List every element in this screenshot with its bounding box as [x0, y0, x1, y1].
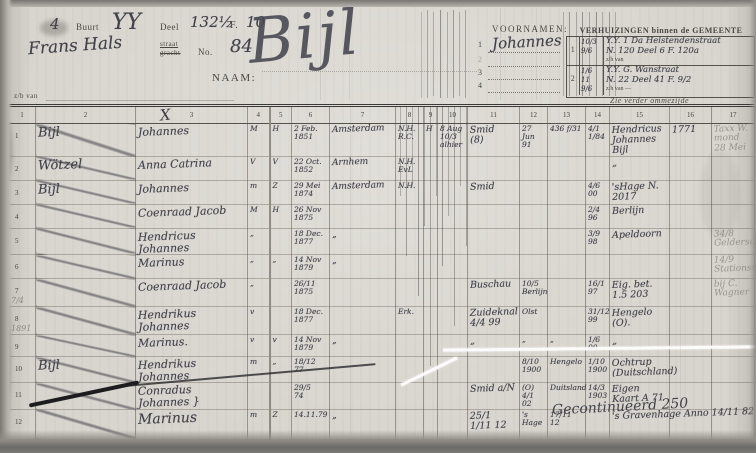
column-header: 2 [36, 106, 136, 124]
pen-scratch [320, 8, 321, 100]
cell: 8/10 1900 [520, 357, 548, 383]
voornamen-line1-value: Johannes [492, 31, 562, 53]
entry-refs: N. 22 Deel 41 F. 9/2 [606, 76, 752, 86]
cell: m [248, 180, 270, 204]
pen-scratch [563, 12, 564, 96]
scan-edge-right [749, 0, 756, 453]
cell: V [270, 156, 292, 180]
cell: Wötzel [36, 156, 136, 180]
table-row: 9Marinus.vv14 Nov 1879„„„„1/6 00„ [9, 335, 755, 357]
surname-large: Bijl [245, 0, 363, 78]
gracht-label: gracht [160, 49, 181, 57]
cell [438, 307, 468, 335]
cell: M [248, 124, 270, 157]
cell: V [248, 156, 270, 180]
cell: „ [610, 156, 670, 180]
cell: 1/10 1900 [586, 357, 610, 383]
cell [270, 228, 292, 254]
cell [468, 156, 520, 180]
cell: „ [330, 335, 396, 357]
pen-scratch [466, 106, 467, 246]
column-header: 6 [292, 106, 330, 124]
cell: Arnhem [330, 156, 396, 180]
cell: „ [520, 335, 548, 357]
cell: „ [270, 255, 292, 279]
cell [270, 307, 292, 335]
cell: Anna Catrina [136, 156, 248, 180]
cell: H [270, 124, 292, 157]
pen-scratch [615, 12, 616, 96]
pen-scratch [427, 10, 428, 98]
cell: Hengelo (O). [610, 307, 670, 335]
buurt-label: Buurt [76, 22, 99, 32]
register-table: 12345678910111213141516171BijlJohannesMH… [8, 104, 755, 440]
row-number-cell: 77/4 [9, 279, 36, 307]
row-number-cell: 81891 [9, 307, 36, 335]
pen-scratch [448, 106, 449, 216]
cell: 16/1 97 [586, 279, 610, 307]
cell: Smid a/N [468, 383, 520, 410]
cell: „ [270, 357, 292, 383]
cell: Apeldoorn [610, 228, 670, 254]
pen-scratch [436, 106, 437, 196]
cell: Hengelo [548, 357, 586, 383]
cell [330, 383, 396, 410]
cell: 10/5 Berlijn [520, 279, 548, 307]
cell: Coenraad Jacob [136, 204, 248, 228]
pen-scratch [454, 106, 455, 326]
cell [548, 228, 586, 254]
column-header: 4 [248, 106, 270, 124]
column-header: 16 [670, 106, 712, 124]
register-card: 4 Buurt YY Deel 132½ F. 10 Frans Hals st… [0, 0, 756, 453]
column-header: 11 [468, 106, 520, 124]
cell [438, 279, 468, 307]
cell [548, 255, 586, 279]
cell [586, 156, 610, 180]
zb-van-rule [46, 100, 234, 101]
cell [270, 383, 292, 410]
pen-scratch [596, 12, 597, 96]
cell: v [248, 307, 270, 335]
pen-scratch [406, 106, 407, 256]
cell: 2 Feb. 1851 [292, 124, 330, 157]
smudge [40, 20, 68, 36]
cell [670, 255, 712, 279]
row-number-cell: 3 [9, 180, 36, 204]
cell [36, 228, 136, 254]
cell [36, 279, 136, 307]
cell [36, 307, 136, 335]
column-header: 1 [9, 106, 36, 124]
cell: 14 Nov 1879 [292, 335, 330, 357]
table-row: 3BijlJohannesmZ29 Mei 1874AmsterdamN.H.S… [9, 180, 755, 204]
smudge [700, 150, 740, 240]
deel-value: 132½ [190, 13, 233, 31]
cell: 'sHage N. 2017 [610, 180, 670, 204]
cell [468, 204, 520, 228]
cell [670, 307, 712, 335]
pen-scratch [433, 12, 434, 96]
pen-scratch [412, 106, 413, 186]
cell: H [270, 204, 292, 228]
cell: „ [248, 255, 270, 279]
cell [610, 255, 670, 279]
cell [330, 307, 396, 335]
cell: Marinus [136, 255, 248, 279]
cell: Conradus Johannes } [136, 383, 248, 410]
table-row: 10BijlHendrikus Johannesm„18/12 778/10 1… [9, 357, 755, 383]
table-row: 1BijlJohannesMH2 Feb. 1851AmsterdamN.H. … [9, 124, 755, 157]
cell [548, 204, 586, 228]
cell [36, 255, 136, 279]
table-row: 77/4Coenraad Jacob„26/11 1875Buschau10/5… [9, 279, 755, 307]
cell: 3/9 98 [586, 228, 610, 254]
pen-scratch [536, 8, 537, 100]
table-row: 5Hendricus Johannes„18 Dec. 1877„3/9 98A… [9, 228, 755, 254]
cell [36, 204, 136, 228]
cell: Ochtrup (Duitschland) [610, 357, 670, 383]
cell [424, 383, 438, 410]
column-header: 3 [136, 106, 248, 124]
cell: „ [248, 228, 270, 254]
cell: „ [330, 228, 396, 254]
cell: 29/5 74 [292, 383, 330, 410]
cell: Buschau [468, 279, 520, 307]
row-number-cell: 9 [9, 335, 36, 357]
cell: 27 Jun 91 [520, 124, 548, 157]
cell: Zuideknal 4/4 99 [468, 307, 520, 335]
column-header: 7 [330, 106, 396, 124]
pen-scratch [440, 10, 441, 98]
cell: „ [248, 279, 270, 307]
cell [396, 255, 424, 279]
cell [670, 279, 712, 307]
row-number-cell: 6 [9, 255, 36, 279]
cell: 26 Nov 1875 [292, 204, 330, 228]
cell [270, 279, 292, 307]
table-row: 81891Hendrikus Johannesv18 Dec. 1877Erk.… [9, 307, 755, 335]
cell [438, 383, 468, 410]
cell: 31/12 99 [586, 307, 610, 335]
pen-scratch [350, 104, 351, 434]
pen-scratch [459, 12, 460, 96]
house-no-label: No. [198, 47, 213, 57]
row-number-cell: 4 [9, 204, 36, 228]
cell: 26/11 1875 [292, 279, 330, 307]
cell: Amsterdam [330, 180, 396, 204]
table-row: 6Marinus„„14 Nov 1879„14/9 Stationsweg [9, 255, 755, 279]
cell: M [248, 204, 270, 228]
cell: Smid (8) [468, 124, 520, 157]
entry-zh-van: z/h van — [606, 86, 752, 92]
pen-scratch [680, 104, 681, 414]
pen-scratch [460, 106, 461, 186]
cell [520, 255, 548, 279]
cell: Erk. [396, 307, 424, 335]
cell: „ [548, 335, 586, 357]
row-number-cell: 10 [9, 357, 36, 383]
pen-scratch [424, 106, 425, 226]
deel-label: Deel [160, 22, 179, 32]
cell: Bijl [36, 124, 136, 157]
pen-scratch [400, 106, 401, 196]
cell [548, 156, 586, 180]
cell: „ [330, 255, 396, 279]
table-row: 4Coenraad JacobMH26 Nov 18752/4 96Berlij… [9, 204, 755, 228]
column-header: 13 [548, 106, 586, 124]
cell [396, 335, 424, 357]
cell [468, 255, 520, 279]
entry-dates: 10/3 9/6 [580, 37, 604, 65]
cell [330, 204, 396, 228]
cell [468, 228, 520, 254]
cell: Olst [520, 307, 548, 335]
cell: 4/1 1/84 [586, 124, 610, 157]
cell [438, 335, 468, 357]
row-number-cell: 2 [9, 156, 36, 180]
cell: 14 Nov 1879 [292, 255, 330, 279]
street-name: Frans Hals [27, 33, 122, 60]
straat-label: straat [160, 40, 178, 48]
cell [520, 228, 548, 254]
cell: Amsterdam [330, 124, 396, 157]
cell [396, 279, 424, 307]
pen-scratch [500, 8, 501, 100]
cell: Smid [468, 180, 520, 204]
entry-refs: N. 120 Deel 6 F. 120a [606, 47, 752, 57]
cell [586, 255, 610, 279]
row-number-cell: 5 [9, 228, 36, 254]
cell: 2/4 96 [586, 204, 610, 228]
voornamen-line4-no: 4 [478, 81, 482, 90]
pen-scratch [453, 10, 454, 98]
column-header: 5 [270, 106, 292, 124]
cell: 18 Dec. 1877 [292, 228, 330, 254]
cell: Z [270, 180, 292, 204]
cell: v [248, 335, 270, 357]
cell: 1771 [670, 124, 712, 157]
cell: „ [468, 335, 520, 357]
cell: Johannes [136, 180, 248, 204]
cell: Bijl [36, 357, 136, 383]
naam-label: NAAM: [212, 72, 256, 84]
cell: Marinus. [136, 335, 248, 357]
cell: 4/6 00 [586, 180, 610, 204]
cell: Hendrikus Johannes [136, 307, 248, 335]
table-row: 2WötzelAnna CatrinaVV22 Oct. 1852ArnhemN… [9, 156, 755, 180]
cell [36, 335, 136, 357]
scan-edge-bottom [0, 430, 756, 453]
cell: v [270, 335, 292, 357]
cell: 436 f/31 [548, 124, 586, 157]
cell: Hendricus Johannes [136, 228, 248, 254]
cell [330, 357, 396, 383]
column2-x-mark: X [159, 105, 172, 124]
cell [396, 204, 424, 228]
folio-label: F. [230, 20, 238, 31]
cell: Johannes [136, 124, 248, 157]
cell: Hendricus Johannes Bijl [610, 124, 670, 157]
scan-edge-top [0, 0, 756, 7]
cell: 1/6 00 [586, 335, 610, 357]
cell [396, 228, 424, 254]
pen-scratch [421, 12, 422, 98]
buurt-value: YY [112, 10, 141, 35]
verhuizingen-box: 1 10/3 9/6 Y.Y. 1 Da Helstendenstraat N.… [566, 36, 755, 98]
entry-zh-van: z/h van [606, 57, 752, 63]
scan-edge-left [0, 0, 12, 453]
cell: Coenraad Jacob [136, 279, 248, 307]
cell: Bijl [36, 180, 136, 204]
column-header: 14 [586, 106, 610, 124]
pen-scratch [430, 106, 431, 366]
pen-scratch [418, 106, 419, 296]
cell [548, 279, 586, 307]
cell [468, 357, 520, 383]
cell [670, 228, 712, 254]
pen-scratch [465, 10, 466, 98]
voornamen-line2-no: 2 [478, 55, 482, 64]
entry-dates: 1/6 11 9/6 [580, 66, 604, 95]
pen-scratch [569, 12, 570, 96]
cell: (O) 4/1 02 [520, 383, 548, 410]
table-header-row: 1234567891011121314151617 [9, 106, 755, 124]
cell: 22 Oct. 1852 [292, 156, 330, 180]
pen-scratch [447, 12, 448, 98]
pen-scratch [609, 12, 610, 96]
cell [520, 204, 548, 228]
pen-scratch [582, 12, 583, 96]
cell [330, 279, 396, 307]
voornamen-line3-no: 3 [478, 68, 482, 77]
cell: Berlijn [610, 204, 670, 228]
cell [548, 180, 586, 204]
zb-van-label: z/b van [14, 92, 38, 100]
voornamen-line1-no: 1 [478, 40, 482, 49]
pen-scratch [442, 106, 443, 266]
cell [520, 180, 548, 204]
cell: 18 Dec. 1877 [292, 307, 330, 335]
pen-scratch [576, 12, 577, 96]
column-header: 15 [610, 106, 670, 124]
cell [396, 383, 424, 410]
cell [248, 383, 270, 410]
row-number-cell: 1 [9, 124, 36, 157]
cell [520, 156, 548, 180]
cell [548, 307, 586, 335]
column-header: 12 [520, 106, 548, 124]
cell: m [248, 357, 270, 383]
cell: 29 Mei 1874 [292, 180, 330, 204]
pen-scratch [602, 12, 603, 96]
cell: Eig. bet. 1.5 203 [610, 279, 670, 307]
pen-scratch [589, 12, 590, 96]
pen-scratch [349, 8, 350, 100]
